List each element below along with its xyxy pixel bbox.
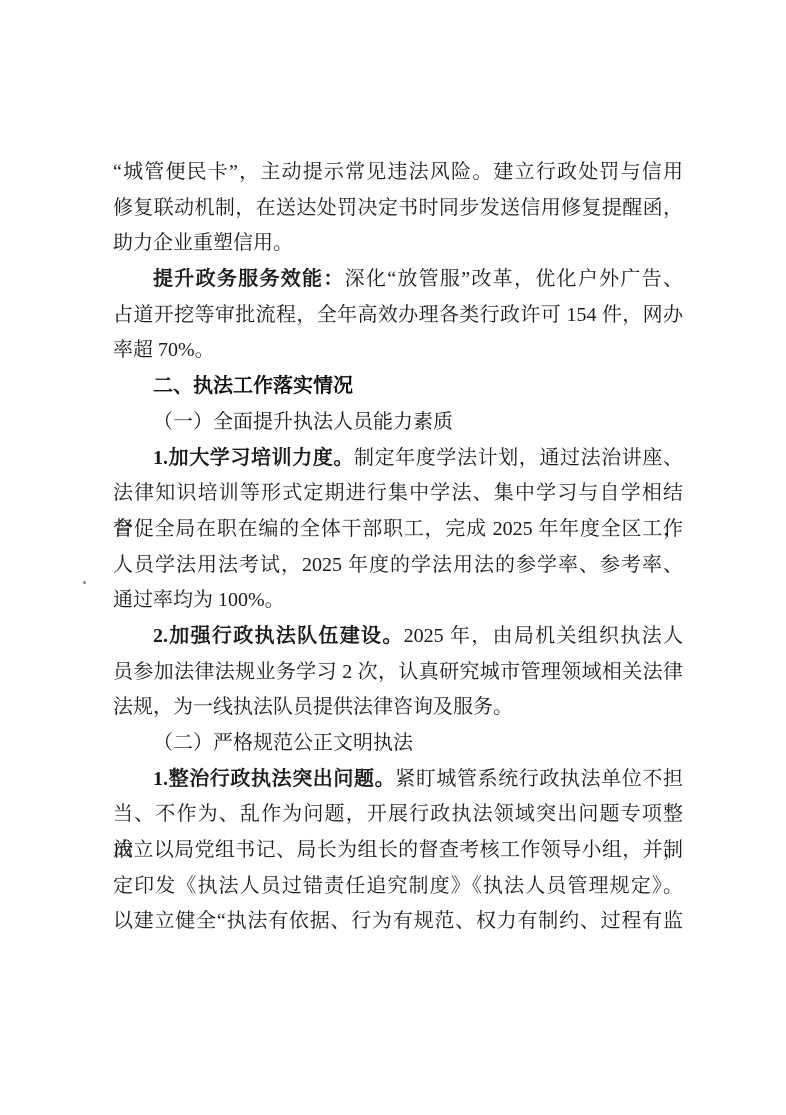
subsection-heading: （一）全面提升执法人员能力素质 (113, 405, 683, 441)
bold-lead: 提升政务服务效能： (153, 268, 345, 290)
line-text: 紧盯城管系统行政执法单位不担 (395, 768, 683, 790)
line-text: 通过率均为 100%。 (113, 589, 285, 611)
line-text: 员参加法律法规业务学习 2 次，认真研究城市管理领域相关法律 (113, 661, 683, 683)
paragraph-line: 法律知识培训等形式定期进行集中学法、集中学习与自学相结合， (113, 476, 683, 512)
paragraph-line: 率超 70%。 (113, 333, 683, 369)
line-text: 率超 70%。 (113, 339, 215, 361)
paragraph-line: 以建立健全“执法有依据、行为有规范、权力有制约、过程有监 (113, 904, 683, 940)
paragraph-line: “城管便民卡”，主动提示常见违法风险。建立行政处罚与信用 (113, 155, 683, 191)
paragraph-line: 法规，为一线执法队员提供法律咨询及服务。 (113, 690, 683, 726)
line-text: 督促全局在职在编的全体干部职工，完成 2025 年年度全区工作 (113, 518, 683, 540)
line-text: 修复联动机制，在送达处罚决定书时同步发送信用修复提醒函， (113, 197, 683, 219)
heading-text: （二）严格规范公正文明执法 (153, 732, 413, 754)
document-page: { "colors": { "page_background": "#fffff… (0, 0, 786, 1115)
paragraph-line: 定印发《执法人员过错责任追究制度》《执法人员管理规定》。 (113, 869, 683, 905)
paragraph-line: 督促全局在职在编的全体干部职工，完成 2025 年年度全区工作 (113, 512, 683, 548)
line-text: 占道开挖等审批流程，全年高效办理各类行政许可 154 件，网办 (113, 304, 683, 326)
document-body: “城管便民卡”，主动提示常见违法风险。建立行政处罚与信用 修复联动机制，在送达处… (113, 155, 683, 940)
bold-lead: 1.整治行政执法突出问题。 (153, 768, 395, 790)
line-text: 2025 年，由局机关组织执法人 (404, 625, 683, 647)
heading-text: （一）全面提升执法人员能力素质 (153, 411, 453, 433)
line-text: 成立以局党组书记、局长为组长的督查考核工作领导小组，并制 (113, 839, 683, 861)
line-text: 以建立健全“执法有依据、行为有规范、权力有制约、过程有监 (113, 910, 683, 932)
line-text: 深化“放管服”改革，优化户外广告、 (345, 268, 683, 290)
paragraph-line: 员参加法律法规业务学习 2 次，认真研究城市管理领域相关法律 (113, 655, 683, 691)
paragraph-line: 人员学法用法考试，2025 年度的学法用法的参学率、参考率、 (113, 548, 683, 584)
paragraph-line: 提升政务服务效能：深化“放管服”改革，优化户外广告、 (113, 262, 683, 298)
paragraph-line: 修复联动机制，在送达处罚决定书时同步发送信用修复提醒函， (113, 191, 683, 227)
paragraph-line: 助力企业重塑信用。 (113, 226, 683, 262)
line-text: 人员学法用法考试，2025 年度的学法用法的参学率、参考率、 (113, 554, 683, 576)
paragraph-line: 成立以局党组书记、局长为组长的督查考核工作领导小组，并制 (113, 833, 683, 869)
line-text: 法规，为一线执法队员提供法律咨询及服务。 (113, 696, 513, 718)
bold-lead: 1.加大学习培训力度。 (153, 447, 354, 469)
section-heading: 二、执法工作落实情况 (113, 369, 683, 405)
paragraph-line: 1.整治行政执法突出问题。紧盯城管系统行政执法单位不担 (113, 762, 683, 798)
line-text: “城管便民卡”，主动提示常见违法风险。建立行政处罚与信用 (113, 161, 683, 183)
bold-lead: 2.加强行政执法队伍建设。 (153, 625, 404, 647)
paragraph-line: 通过率均为 100%。 (113, 583, 683, 619)
line-text: 定印发《执法人员过错责任追究制度》《执法人员管理规定》。 (113, 875, 683, 897)
scan-artifact-dot (83, 581, 86, 584)
paragraph-line: 当、不作为、乱作为问题，开展行政执法领域突出问题专项整治， (113, 797, 683, 833)
paragraph-line: 2.加强行政执法队伍建设。2025 年，由局机关组织执法人 (113, 619, 683, 655)
line-text: 制定年度学法计划，通过法治讲座、 (354, 447, 683, 469)
subsection-heading: （二）严格规范公正文明执法 (113, 726, 683, 762)
line-text: 助力企业重塑信用。 (113, 232, 293, 254)
paragraph-line: 占道开挖等审批流程，全年高效办理各类行政许可 154 件，网办 (113, 298, 683, 334)
heading-text: 二、执法工作落实情况 (153, 375, 353, 397)
paragraph-line: 1.加大学习培训力度。制定年度学法计划，通过法治讲座、 (113, 441, 683, 477)
